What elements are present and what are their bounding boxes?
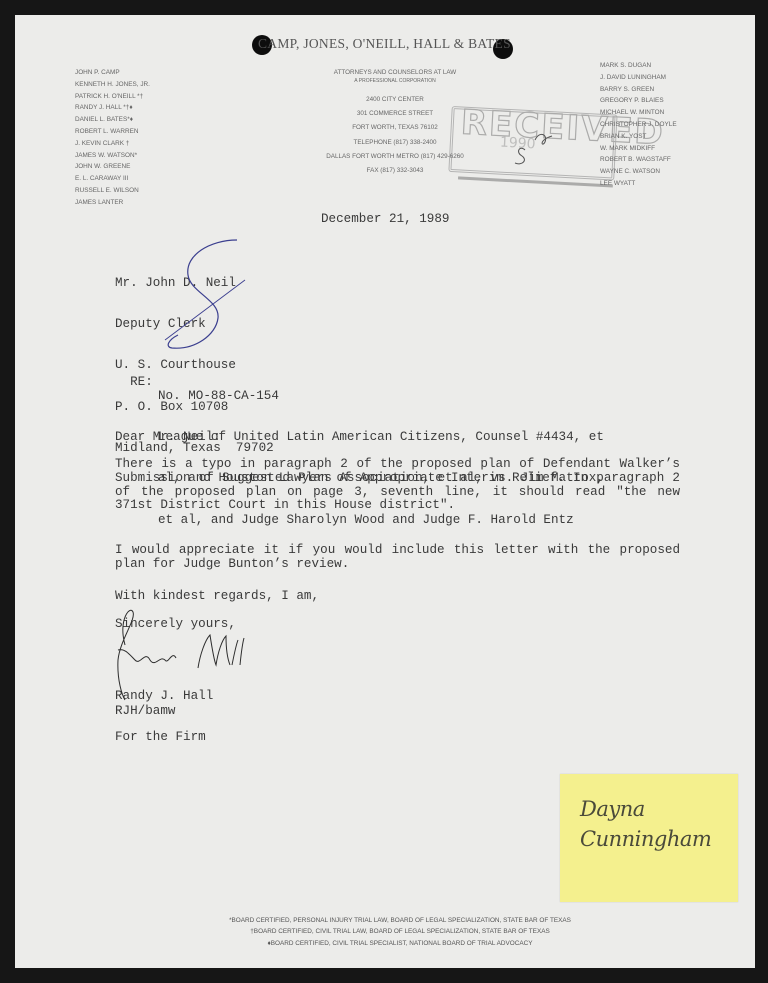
firm-corporation: A PROFESSIONAL CORPORATION — [290, 77, 500, 85]
letter-date: December 21, 1989 — [321, 212, 449, 226]
case-caption-line: League of United Latin American Citizens… — [158, 431, 604, 445]
partner-name: KENNETH H. JONES, JR. — [75, 79, 150, 91]
sign-off: Sincerely yours, — [115, 618, 236, 632]
partner-name: MARK S. DUGAN — [600, 60, 677, 72]
partner-name: J. DAVID LUNINGHAM — [600, 72, 677, 84]
partner-name: ROBERT B. WAGSTAFF — [600, 154, 677, 166]
partner-name: RANDY J. HALL *†♦ — [75, 102, 150, 114]
salutation: Dear Mr. Neil: — [115, 431, 221, 445]
partner-name: BARRY S. GREEN — [600, 84, 677, 96]
body-paragraph-1: There is a typo in paragraph 2 of the pr… — [115, 458, 680, 513]
partner-name: PATRICK H. O'NEILL *† — [75, 91, 150, 103]
partner-name: MICHAEL W. MINTON — [600, 107, 677, 119]
received-stamp: RECEIVED 1990 — [438, 95, 617, 189]
partner-name: DANIEL L. BATES*♦ — [75, 114, 150, 126]
recipient-line: Mr. John D. Neil — [115, 277, 274, 291]
partner-name: ROBERT L. WARREN — [75, 126, 150, 138]
footnote: *BOARD CERTIFIED, PERSONAL INJURY TRIAL … — [190, 915, 610, 926]
stamp-date: 1990 — [500, 135, 536, 153]
partner-name: CHRISTOPHER J. DOYLE — [600, 119, 677, 131]
closing-line: With kindest regards, I am, — [115, 590, 319, 604]
signer-title: For the Firm — [115, 731, 213, 745]
partner-name: JOHN P. CAMP — [75, 67, 150, 79]
footnote: †BOARD CERTIFIED, CIVIL TRIAL LAW, BOARD… — [190, 926, 610, 937]
partners-list-left: JOHN P. CAMP KENNETH H. JONES, JR. PATRI… — [75, 67, 150, 209]
partner-name: J. KEVIN CLARK † — [75, 138, 150, 150]
partner-name: JAMES LANTER — [75, 197, 150, 209]
case-caption-line: et al, and Judge Sharolyn Wood and Judge… — [158, 514, 604, 528]
sticky-note-text: Dayna Cunningham — [580, 794, 711, 854]
partner-name: W. MARK MIDKIFF — [600, 143, 677, 155]
re-block: RE: No. MO-88-CA-154 League of United La… — [115, 362, 173, 403]
footnote: ♦BOARD CERTIFIED, CIVIL TRIAL SPECIALIST… — [190, 938, 610, 949]
recipient-line: Deputy Clerk — [115, 318, 274, 332]
partner-name: E. L. CARAWAY III — [75, 173, 150, 185]
sticky-note-line: Cunningham — [580, 824, 711, 854]
partner-name: BRIAN K. YOST — [600, 131, 677, 143]
sticky-note-line: Dayna — [580, 794, 711, 824]
footnotes: *BOARD CERTIFIED, PERSONAL INJURY TRIAL … — [190, 915, 610, 949]
firm-name: CAMP, JONES, O'NEILL, HALL & BATES — [258, 36, 511, 52]
signer-name: Randy J. Hall — [115, 690, 213, 704]
firm-tagline: ATTORNEYS AND COUNSELORS AT LAW — [290, 68, 500, 77]
partner-name: WAYNE C. WATSON — [600, 166, 677, 178]
partner-name: JOHN W. GREENE — [75, 161, 150, 173]
case-number: No. MO-88-CA-154 — [158, 390, 604, 404]
partner-name: RUSSELL E. WILSON — [75, 185, 150, 197]
partner-name: JAMES W. WATSON* — [75, 150, 150, 162]
body-paragraph-2: I would appreciate it if you would inclu… — [115, 544, 680, 572]
partners-list-right: MARK S. DUGAN J. DAVID LUNINGHAM BARRY S… — [600, 60, 677, 190]
typist-initials: RJH/bamw — [115, 705, 175, 719]
partner-name: GREGORY P. BLAIES — [600, 95, 677, 107]
partner-name: LEE WYATT — [600, 178, 677, 190]
sticky-note: Dayna Cunningham — [560, 774, 738, 902]
